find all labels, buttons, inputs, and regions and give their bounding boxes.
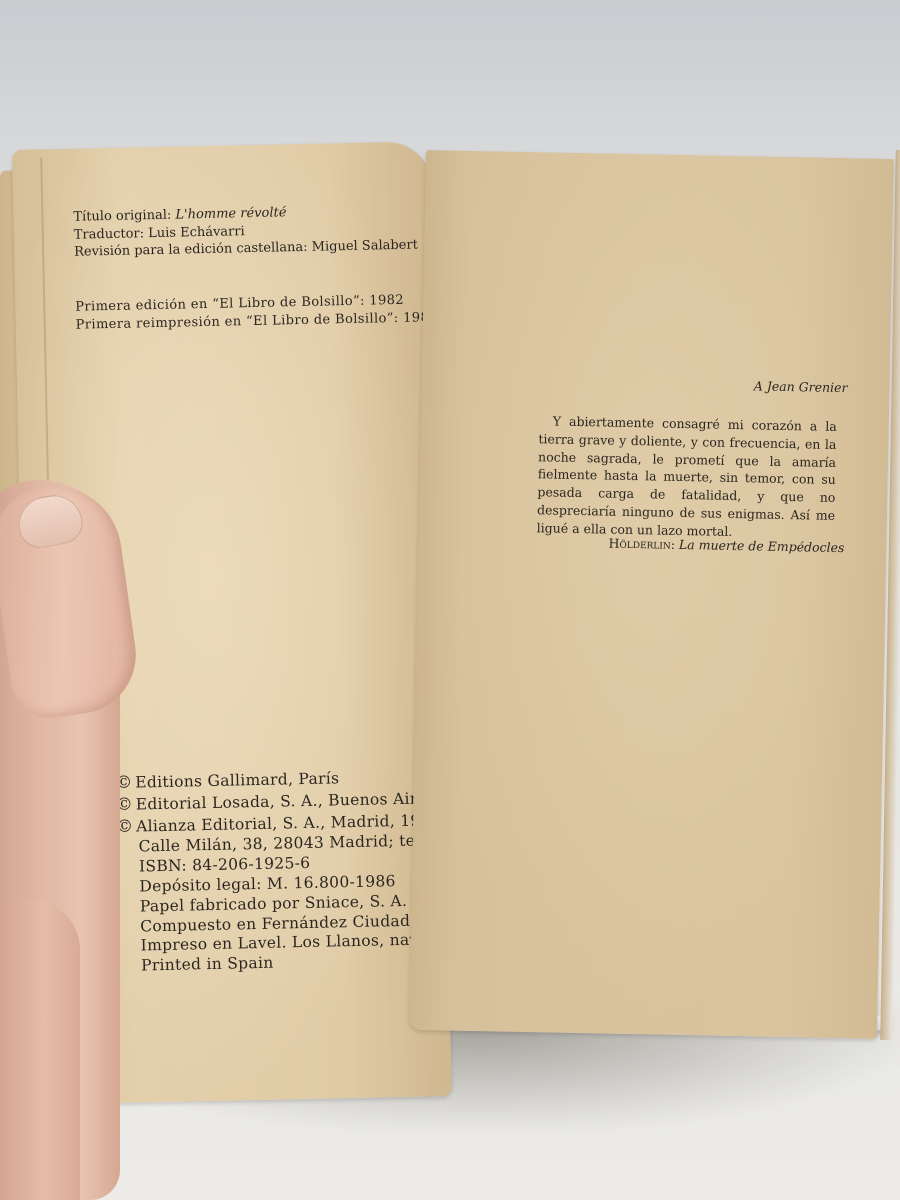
original-title-label: Título original: [73, 208, 171, 225]
wrist [0, 900, 80, 1200]
photo-scene: Título original: L'homme révolté Traduct… [0, 0, 900, 1200]
right-page: A Jean Grenier Y abiertamente consagré m… [409, 150, 894, 1039]
dedication: A Jean Grenier [754, 378, 848, 397]
epigraph-text: Y abiertamente consagré mi corazón a la … [537, 412, 837, 542]
epigraph: Y abiertamente consagré mi corazón a la … [537, 412, 837, 542]
editions-block: Primera edición en “El Libro de Bolsillo… [75, 291, 438, 334]
original-title: L'homme révolté [175, 205, 286, 222]
attribution-author: Hölderlin: [608, 536, 675, 552]
copyright-text: Editions Gallimard, París [135, 769, 339, 791]
epigraph-attribution: Hölderlin: La muerte de Empédocles [608, 536, 844, 557]
original-title-block: Título original: L'homme révolté Traduct… [73, 202, 418, 262]
attribution-work: La muerte de Empédocles [679, 537, 845, 555]
